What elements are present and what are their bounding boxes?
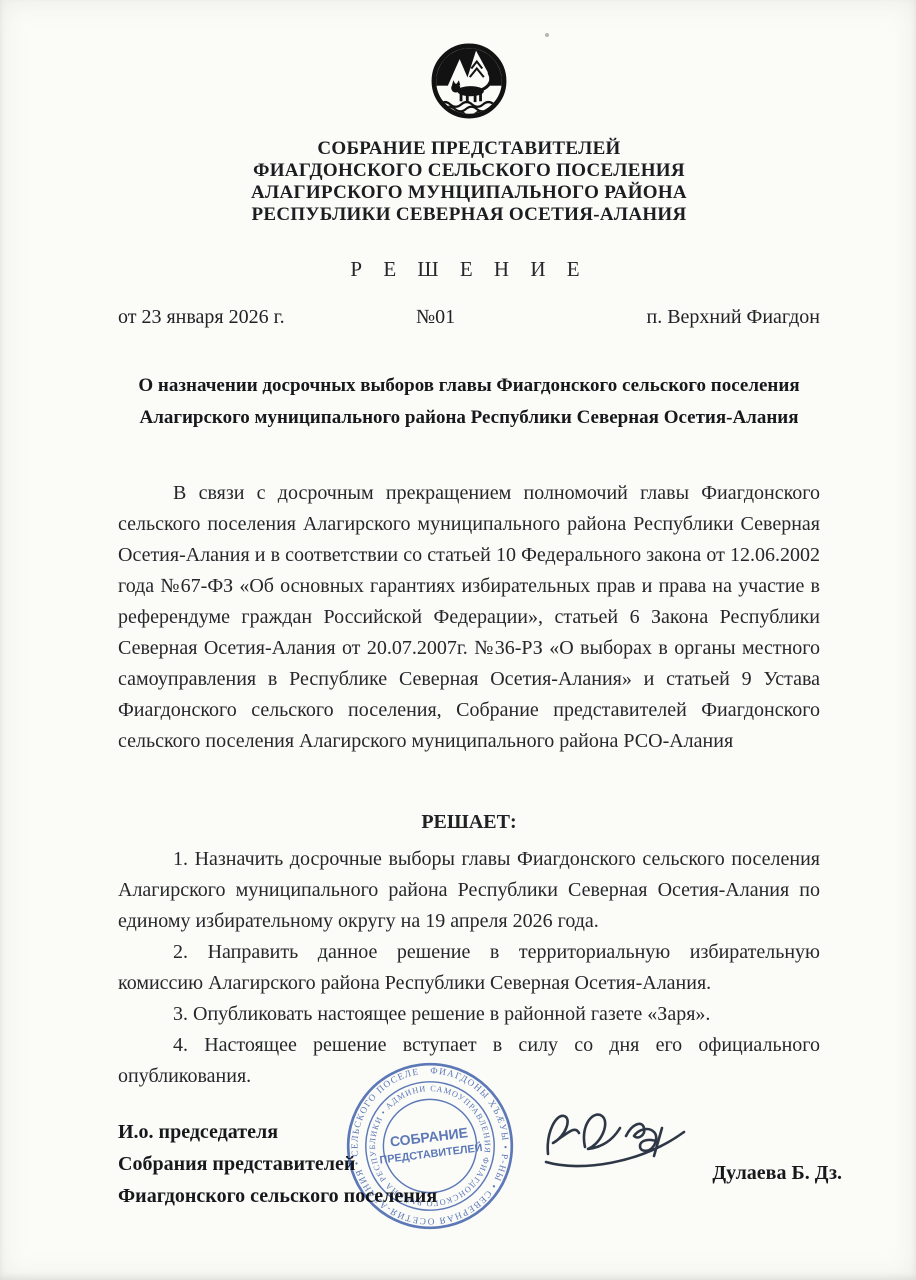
signatory-name: Дулаева Б. Дз.: [712, 1162, 842, 1185]
document-meta-row: от 23 января 2026 г. №01 п. Верхний Фиаг…: [118, 304, 820, 330]
mountain-snow-leopard-emblem-icon: [430, 42, 508, 120]
handwritten-signature: [538, 1102, 694, 1188]
document-type-heading: Р Е Ш Е Н И Е: [118, 256, 820, 282]
issuing-authority-header: СОБРАНИЕ ПРЕДСТАВИТЕЛЕЙФИАГДОНСКОГО СЕЛЬ…: [118, 138, 820, 226]
resolution-item: 3. Опубликовать настоящее решение в райо…: [118, 999, 820, 1030]
official-round-stamp: ФИАГДОНЫ ХЪÆУЫ • Р-НЫ • СЕВЕРНАЯ ОСЕТИЯ-…: [332, 1048, 528, 1244]
document-title: О назначении досрочных выборов главы Фиа…: [118, 370, 820, 434]
resolves-heading: РЕШАЕТ:: [118, 808, 820, 836]
resolution-item: 1. Назначить досрочные выборы главы Фиаг…: [118, 844, 820, 937]
document-place: п. Верхний Фиагдон: [647, 304, 821, 330]
resolution-item: 2. Направить данное решение в территориа…: [118, 937, 820, 999]
preamble-paragraph: В связи с досрочным прекращением полномо…: [118, 478, 820, 788]
document-number: №01: [416, 304, 455, 330]
emblem-container: [118, 0, 820, 120]
document-page: СОБРАНИЕ ПРЕДСТАВИТЕЛЕЙФИАГДОНСКОГО СЕЛЬ…: [0, 0, 916, 1280]
document-date: от 23 января 2026 г.: [118, 304, 285, 330]
